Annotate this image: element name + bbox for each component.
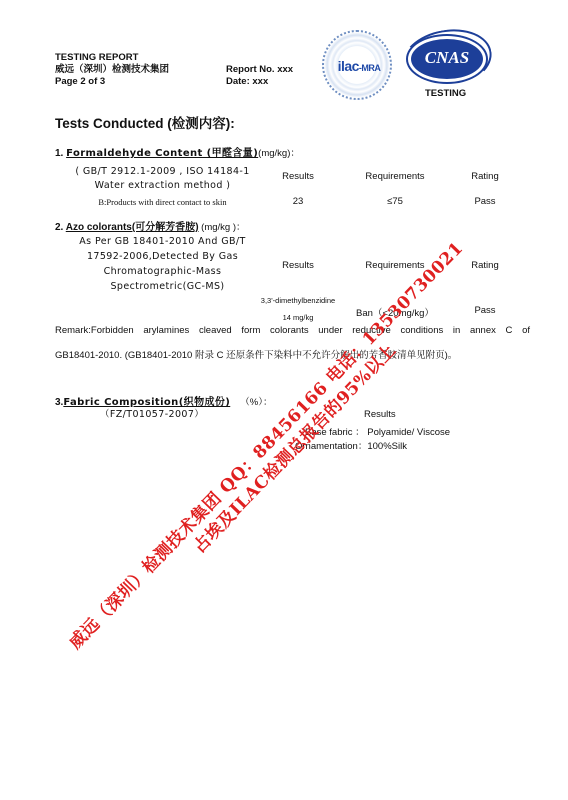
section-number: 1. — [55, 148, 66, 159]
ilac-logo-text: ilac — [338, 58, 359, 74]
accreditation-logos: ilac-MRA CNAS TESTING — [320, 28, 500, 103]
azo-method-line1: As Per GB 18401-2010 And GB/T — [55, 236, 270, 247]
section-title: Formaldehyde Content (甲醛含量) — [66, 148, 258, 159]
col-results: Results — [268, 171, 328, 182]
mra-logo-text: -MRA — [359, 63, 381, 73]
col-rating: Rating — [460, 171, 510, 182]
formaldehyde-rating: Pass — [460, 196, 510, 207]
fabric-results-label: Results — [364, 409, 396, 420]
formaldehyde-requirement: ≤75 — [355, 196, 435, 207]
section-unit: (mg/kg )： — [199, 222, 246, 233]
azo-method-line3: Chromatographic-Mass — [55, 266, 270, 277]
col-rating: Rating — [460, 260, 510, 271]
ilac-mra-logo: ilac-MRA — [322, 30, 392, 100]
section-number: 2. — [55, 222, 66, 233]
formaldehyde-method-line2: Water extraction method ) — [55, 180, 270, 191]
azo-remark-line1: Remark:Forbidden arylamines cleaved form… — [55, 321, 530, 341]
cnas-testing-label: TESTING — [425, 88, 466, 99]
formaldehyde-method-line1: ( GB/T 2912.1-2009 , ISO 14184-1 — [55, 166, 270, 177]
cnas-logo-text: CNAS — [411, 48, 483, 68]
fabric-method: （FZ/T01057-2007） — [100, 406, 204, 420]
company-name: 威远（深圳）检测技术集团 — [55, 64, 169, 76]
cnas-logo: CNAS — [408, 36, 486, 82]
azo-method-line4: Spectrometric(GC-MS) — [60, 281, 275, 292]
formaldehyde-sample-category: B:Products with direct contact to skin — [55, 197, 270, 207]
section-azo-heading: 2. Azo colorants(可分解芳香胺) (mg/kg )： — [55, 218, 246, 233]
page-indicator: Page 2 of 3 — [55, 76, 105, 88]
section-formaldehyde-heading: 1. Formaldehyde Content (甲醛含量)(mg/kg)： — [55, 144, 300, 159]
section-title: Azo colorants(可分解芳香胺) — [66, 222, 199, 233]
section-unit: (mg/kg)： — [258, 148, 300, 159]
col-results: Results — [268, 260, 328, 271]
col-requirements: Requirements — [355, 171, 435, 182]
page-title: Tests Conducted (检测内容): — [55, 112, 235, 132]
report-number: Report No. xxx — [226, 64, 293, 76]
report-date: Date: xxx — [226, 76, 268, 88]
formaldehyde-result: 23 — [268, 196, 328, 207]
azo-rating: Pass — [460, 305, 510, 316]
section-unit: （%）： — [240, 397, 272, 408]
report-title: TESTING REPORT — [55, 52, 138, 64]
azo-result-substance: 3,3'-dimethylbenzidine — [250, 296, 346, 305]
azo-method-line2: 17592-2006,Detected By Gas — [55, 251, 270, 262]
